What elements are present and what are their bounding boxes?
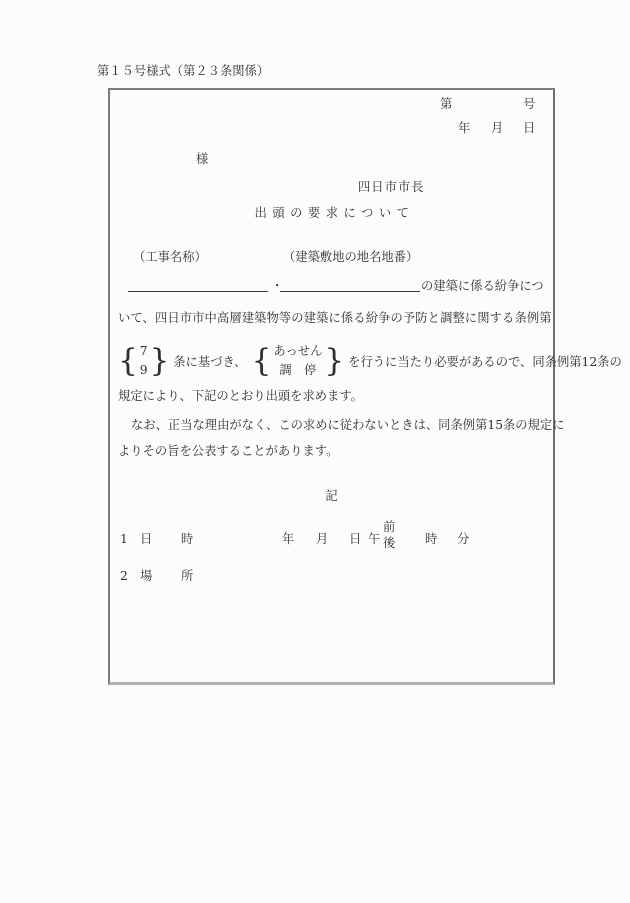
doc-number-suffix: 号 [523, 97, 535, 113]
item2-label-place-2: 所 [181, 569, 193, 585]
item1-noon-label: 午 [368, 532, 380, 548]
construction-name-blank [128, 276, 268, 292]
form-number-label: 第１５号様式（第２３条関係） [97, 64, 269, 80]
brace-open-icon: { [118, 340, 138, 382]
item2-number: 2 [120, 569, 128, 585]
fill-in-line: ・ の建築に係る紛争につ [110, 276, 553, 294]
item1-pm-option: 後 [383, 536, 395, 552]
dispute-phrase: の建築に係る紛争につ [421, 279, 544, 295]
form-box: 第 号 年 月 日 様 四日市市長 出頭の要求について （工事名称） （建築敷地… [108, 88, 555, 685]
document-title: 出頭の要求について [110, 206, 553, 222]
date-month-label: 月 [491, 121, 503, 137]
note-line-1: なお、正当な理由がなく、この求めに従わないときは、同条例第15条の規定に [131, 418, 565, 434]
mediation-options: あっせん 調 停 [271, 342, 324, 380]
item1-am-pm-options: 前後 [383, 520, 395, 552]
mediation-option-assen: あっせん [273, 342, 322, 361]
article-number-options: 7 9 [138, 342, 150, 380]
body-line-3-tail: を行うに当たり必要があるので、同条例第12条の [348, 352, 622, 370]
item1-hour-label: 時 [425, 532, 437, 548]
note-line-2: よりその旨を公表することがあります。 [118, 444, 338, 460]
brace-open-icon: { [252, 340, 272, 382]
date-day-label: 日 [523, 121, 535, 137]
item1-label-time: 時 [181, 532, 193, 548]
item1-am-option: 前 [383, 520, 395, 536]
item1-month-label: 月 [316, 532, 328, 548]
addressee-honorific: 様 [196, 152, 208, 168]
detail-item-datetime: 1 日 時 年 月 日 午 前後 時 分 [110, 521, 553, 557]
article-option-9: 9 [140, 361, 148, 380]
body-line-4: 規定により、下記のとおり出頭を求めます。 [118, 389, 363, 405]
site-address-label: （建築敷地の地名地番） [283, 250, 418, 266]
details-heading: 記 [110, 489, 553, 505]
doc-number-prefix: 第 [440, 97, 452, 113]
detail-item-place: 2 場 所 [110, 569, 553, 587]
body-line-2: いて、四日市市中高層建築物等の建築に係る紛争の予防と調整に関する条例第 [118, 311, 552, 327]
mediation-option-chotei: 調 停 [273, 361, 322, 380]
brace-close-icon: } [150, 340, 170, 382]
item2-label-place-1: 場 [140, 569, 152, 585]
construction-name-label: （工事名称） [133, 250, 207, 266]
date-year-label: 年 [458, 121, 470, 137]
site-address-blank [280, 276, 420, 292]
brace-close-icon: } [324, 340, 344, 382]
item1-label-date: 日 [140, 532, 152, 548]
body-line-3-mid: 条に基づき、 [173, 352, 246, 370]
item1-day-label: 日 [349, 532, 361, 548]
item1-minute-label: 分 [457, 532, 469, 548]
item1-year-label: 年 [282, 532, 294, 548]
document-page: 第１５号様式（第２３条関係） 第 号 年 月 日 様 四日市市長 出頭の要求につ… [0, 0, 630, 903]
article-option-7: 7 [140, 342, 148, 361]
sender-title: 四日市市長 [358, 180, 425, 196]
body-line-3: { 7 9 } 条に基づき、 { あっせん 調 停 } を行うに当たり必要がある… [118, 340, 622, 382]
item1-number: 1 [120, 532, 128, 548]
